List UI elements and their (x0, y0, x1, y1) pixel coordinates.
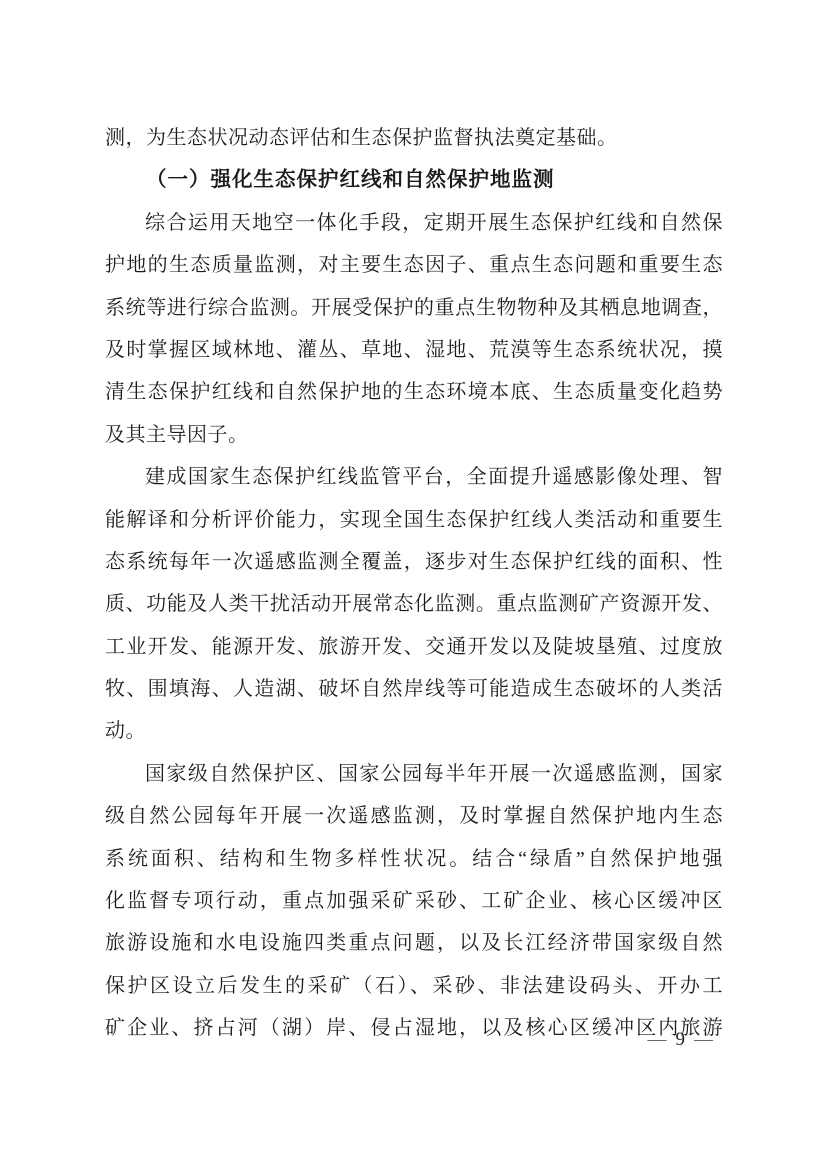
page-footer: —9— (639, 1028, 723, 1052)
page-number-dash-left: — (648, 1029, 667, 1050)
paragraph-2-line: 牧、围填海、人造湖、破坏自然岸线等可能造成生态破坏的人类活 (105, 668, 723, 710)
paragraph-1-line: 系统等进行综合监测。开展受保护的重点生物物种及其栖息地调查， (105, 287, 723, 329)
paragraph-2-line: 建成国家生态保护红线监管平台，全面提升遥感影像处理、智 (105, 456, 723, 498)
paragraph-3-line: 级自然公园每年开展一次遥感监测，及时掌握自然保护地内生态 (105, 795, 723, 837)
continuation-line: 测，为生态状况动态评估和生态保护监督执法奠定基础。 (105, 117, 723, 159)
paragraph-2-line: 动。 (105, 710, 723, 752)
paragraph-2-line: 态系统每年一次遥感监测全覆盖，逐步对生态保护红线的面积、性 (105, 541, 723, 583)
paragraph-2-line: 能解译和分析评价能力，实现全国生态保护红线人类活动和重要生 (105, 499, 723, 541)
paragraph-3-line: 保护区设立后发生的采矿（石）、采砂、非法建设码头、开办工 (105, 965, 723, 1007)
paragraph-3-line: 国家级自然保护区、国家公园每半年开展一次遥感监测，国家 (105, 753, 723, 795)
section-heading: （一）强化生态保护红线和自然保护地监测 (105, 159, 723, 201)
document-body: 测，为生态状况动态评估和生态保护监督执法奠定基础。 （一）强化生态保护红线和自然… (105, 117, 723, 1050)
paragraph-3-line: 旅游设施和水电设施四类重点问题，以及长江经济带国家级自然 (105, 922, 723, 964)
page-number: 9 (676, 1029, 686, 1050)
page-number-dash-right: — (694, 1029, 713, 1050)
paragraph-3-line: 化监督专项行动，重点加强采矿采砂、工矿企业、核心区缓冲区 (105, 880, 723, 922)
document-page: 测，为生态状况动态评估和生态保护监督执法奠定基础。 （一）强化生态保护红线和自然… (0, 0, 826, 1169)
paragraph-1-line: 综合运用天地空一体化手段，定期开展生态保护红线和自然保 (105, 202, 723, 244)
paragraph-3-line: 矿企业、挤占河（湖）岸、侵占湿地，以及核心区缓冲区内旅游 (105, 1007, 723, 1049)
paragraph-1-line: 及时掌握区域林地、灌丛、草地、湿地、荒漠等生态系统状况，摸 (105, 329, 723, 371)
paragraph-2-line: 质、功能及人类干扰活动开展常态化监测。重点监测矿产资源开发、 (105, 583, 723, 625)
paragraph-1-line: 清生态保护红线和自然保护地的生态环境本底、生态质量变化趋势 (105, 371, 723, 413)
paragraph-1-line: 及其主导因子。 (105, 414, 723, 456)
paragraph-2-line: 工业开发、能源开发、旅游开发、交通开发以及陡坡垦殖、过度放 (105, 626, 723, 668)
paragraph-3-line: 系统面积、结构和生物多样性状况。结合“绿盾”自然保护地强 (105, 838, 723, 880)
paragraph-1-line: 护地的生态质量监测，对主要生态因子、重点生态问题和重要生态 (105, 244, 723, 286)
